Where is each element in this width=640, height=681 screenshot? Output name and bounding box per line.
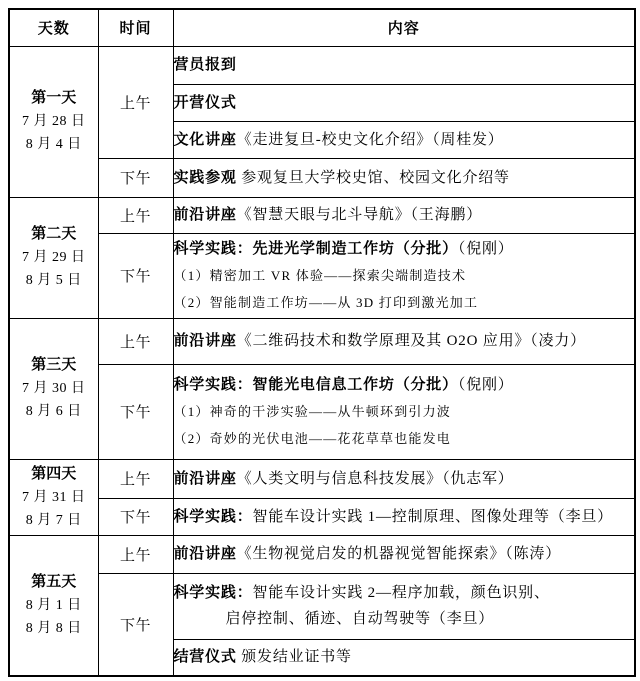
day-date: 7 月 28 日: [10, 110, 98, 133]
content-cell: 文化讲座《走进复旦-校史文化介绍》（周桂发）: [173, 121, 635, 158]
entry-title: 结营仪式: [174, 649, 237, 665]
entry-subline: （2）奇妙的光伏电池——花花草草也能发电: [174, 425, 635, 452]
day-date: 8 月 7 日: [10, 509, 98, 532]
time-cell-am: 上午: [98, 318, 173, 364]
day-cell-5: 第五天 8 月 1 日 8 月 8 日: [9, 535, 98, 676]
entry-title: 科学实践：: [174, 509, 253, 525]
day-date: 8 月 8 日: [10, 617, 98, 640]
table-row: 下午 科学实践：智能车设计实践 2—程序加载，颜色识别、 启停控制、循迹、自动驾…: [9, 573, 635, 639]
entry-line: 科学实践：智能车设计实践 2—程序加载，颜色识别、: [174, 580, 635, 606]
header-cell-time: 时间: [98, 9, 173, 46]
day-cell-4: 第四天 7 月 31 日 8 月 7 日: [9, 459, 98, 535]
time-cell-am: 上午: [98, 459, 173, 498]
entry-detail: （倪刚）: [458, 377, 514, 393]
entry-detail: 参观复旦大学校史馆、校园文化介绍等: [237, 170, 510, 186]
header-row: 天数 时间 内容: [9, 9, 635, 46]
day-date: 8 月 5 日: [10, 269, 98, 292]
table-row: 下午 科学实践：智能光电信息工作坊（分批）（倪刚） （1）神奇的干涉实验——从牛…: [9, 364, 635, 459]
day-label: 第一天: [10, 87, 98, 110]
entry-detail: 智能车设计实践 2—程序加载，颜色识别、: [253, 585, 550, 601]
entry-subline: （1）精密加工 VR 体验——探索尖端制造技术: [174, 262, 635, 289]
content-cell: 实践参观 参观复旦大学校史馆、校园文化介绍等: [173, 158, 635, 197]
entry-title: 科学实践：先进光学制造工作坊（分批）: [174, 241, 458, 257]
entry-title: 营员报到: [174, 57, 237, 73]
day-label: 第二天: [10, 223, 98, 246]
table-row: 第一天 7 月 28 日 8 月 4 日 上午 营员报到: [9, 46, 635, 84]
entry-title: 前沿讲座: [174, 333, 237, 349]
table-row: 第二天 7 月 29 日 8 月 5 日 上午 前沿讲座《智慧天眼与北斗导航》（…: [9, 197, 635, 233]
entry-title: 科学实践：智能光电信息工作坊（分批）: [174, 377, 458, 393]
header-cell-content: 内容: [173, 9, 635, 46]
day-cell-3: 第三天 7 月 30 日 8 月 6 日: [9, 318, 98, 459]
table-row: 第五天 8 月 1 日 8 月 8 日 上午 前沿讲座《生物视觉启发的机器视觉智…: [9, 535, 635, 573]
day-cell-1: 第一天 7 月 28 日 8 月 4 日: [9, 46, 98, 197]
content-cell: 前沿讲座《智慧天眼与北斗导航》（王海鹏）: [173, 197, 635, 233]
entry-line: 科学实践：智能光电信息工作坊（分批）（倪刚）: [174, 372, 635, 398]
entry-line: 科学实践：先进光学制造工作坊（分批）（倪刚）: [174, 236, 635, 262]
content-cell: 营员报到: [173, 46, 635, 84]
time-cell-pm: 下午: [98, 573, 173, 676]
entry-detail: 《走进复旦-校史文化介绍》（周桂发）: [237, 132, 504, 148]
entry-detail: 《人类文明与信息科技发展》（仇志军）: [237, 471, 514, 487]
entry-title: 开营仪式: [174, 95, 237, 111]
time-cell-pm: 下午: [98, 498, 173, 535]
header-cell-days: 天数: [9, 9, 98, 46]
entry-detail: 《生物视觉启发的机器视觉智能探索》（陈涛）: [237, 546, 561, 562]
entry-detail: 《二维码技术和数学原理及其 O2O 应用》（凌力）: [237, 333, 586, 349]
time-cell-am: 上午: [98, 535, 173, 573]
content-cell: 前沿讲座《生物视觉启发的机器视觉智能探索》（陈涛）: [173, 535, 635, 573]
entry-detail: 颁发结业证书等: [237, 649, 352, 665]
time-cell-am: 上午: [98, 197, 173, 233]
entry-title: 前沿讲座: [174, 471, 237, 487]
content-cell: 科学实践：智能光电信息工作坊（分批）（倪刚） （1）神奇的干涉实验——从牛顿环到…: [173, 364, 635, 459]
content-cell: 科学实践：智能车设计实践 2—程序加载，颜色识别、 启停控制、循迹、自动驾驶等（…: [173, 573, 635, 639]
entry-detail: 《智慧天眼与北斗导航》（王海鹏）: [237, 207, 482, 223]
day-label: 第四天: [10, 463, 98, 486]
entry-continuation: 启停控制、循迹、自动驾驶等（李旦）: [174, 606, 635, 633]
time-cell-pm: 下午: [98, 158, 173, 197]
entry-subline: （2）智能制造工作坊——从 3D 打印到激光加工: [174, 289, 635, 316]
time-cell-pm: 下午: [98, 364, 173, 459]
day-cell-2: 第二天 7 月 29 日 8 月 5 日: [9, 197, 98, 318]
day-date: 7 月 29 日: [10, 246, 98, 269]
day-date: 8 月 4 日: [10, 133, 98, 156]
table-row: 下午 实践参观 参观复旦大学校史馆、校园文化介绍等: [9, 158, 635, 197]
day-date: 8 月 6 日: [10, 400, 98, 423]
entry-detail: 智能车设计实践 1—控制原理、图像处理等（李旦）: [253, 509, 613, 525]
content-cell: 科学实践：先进光学制造工作坊（分批）（倪刚） （1）精密加工 VR 体验——探索…: [173, 233, 635, 318]
page: 天数 时间 内容 第一天 7 月 28 日 8 月 4 日 上午 营员报到 开营…: [0, 0, 640, 677]
schedule-table: 天数 时间 内容 第一天 7 月 28 日 8 月 4 日 上午 营员报到 开营…: [8, 8, 636, 677]
entry-subline: （1）神奇的干涉实验——从牛顿环到引力波: [174, 398, 635, 425]
day-date: 8 月 1 日: [10, 594, 98, 617]
entry-title: 实践参观: [174, 170, 237, 186]
table-row: 下午 科学实践：智能车设计实践 1—控制原理、图像处理等（李旦）: [9, 498, 635, 535]
entry-title: 科学实践：: [174, 585, 253, 601]
day-date: 7 月 31 日: [10, 486, 98, 509]
time-cell-am: 上午: [98, 46, 173, 158]
table-row: 下午 科学实践：先进光学制造工作坊（分批）（倪刚） （1）精密加工 VR 体验—…: [9, 233, 635, 318]
time-cell-pm: 下午: [98, 233, 173, 318]
content-cell: 前沿讲座《人类文明与信息科技发展》（仇志军）: [173, 459, 635, 498]
day-label: 第五天: [10, 571, 98, 594]
day-label: 第三天: [10, 354, 98, 377]
entry-title: 前沿讲座: [174, 546, 237, 562]
table-row: 第四天 7 月 31 日 8 月 7 日 上午 前沿讲座《人类文明与信息科技发展…: [9, 459, 635, 498]
content-cell: 开营仪式: [173, 84, 635, 121]
content-cell: 前沿讲座《二维码技术和数学原理及其 O2O 应用》（凌力）: [173, 318, 635, 364]
content-cell: 科学实践：智能车设计实践 1—控制原理、图像处理等（李旦）: [173, 498, 635, 535]
day-date: 7 月 30 日: [10, 377, 98, 400]
entry-title: 文化讲座: [174, 132, 237, 148]
entry-detail: （倪刚）: [458, 241, 514, 257]
entry-title: 前沿讲座: [174, 207, 237, 223]
content-cell: 结营仪式 颁发结业证书等: [173, 639, 635, 676]
table-row: 第三天 7 月 30 日 8 月 6 日 上午 前沿讲座《二维码技术和数学原理及…: [9, 318, 635, 364]
